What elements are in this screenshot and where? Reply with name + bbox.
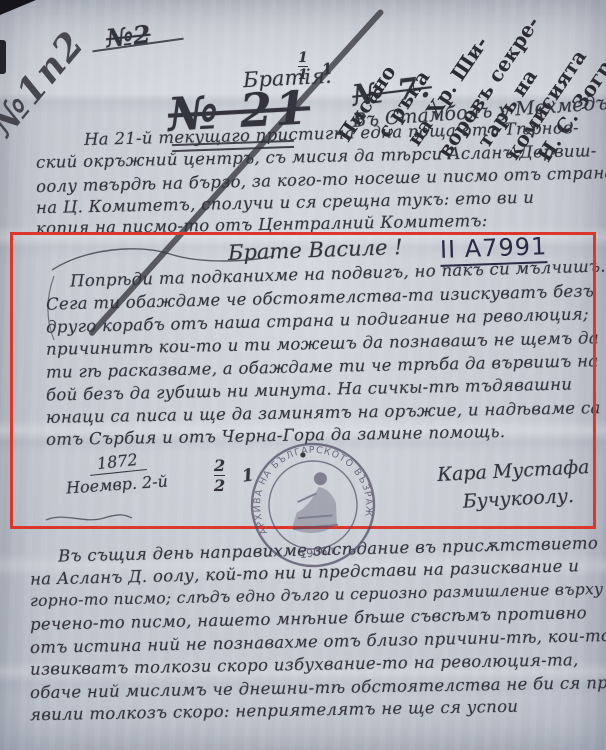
scan-edge-artifact [0, 40, 6, 74]
scan-corner-artifact [0, 0, 36, 15]
ink-squiggle [44, 510, 134, 526]
stamp-allegory-figure [285, 471, 340, 536]
document-scan: №1п2 №2 № 21 1 1 1 № 7. Писано с ръка на… [0, 0, 606, 750]
stamp-year: 1906 г. [299, 543, 341, 562]
salutation: Братія. [242, 64, 332, 93]
ink-flourish [44, 236, 284, 346]
fraction-numerator: 1 [298, 50, 308, 66]
archive-round-stamp: АРХИВА НА БЪЛГАРСКОТО ВЪЗРАЖДАНЕ ПРИ СОФ… [228, 420, 397, 589]
pencil-register-note: №1п2 [0, 22, 93, 144]
